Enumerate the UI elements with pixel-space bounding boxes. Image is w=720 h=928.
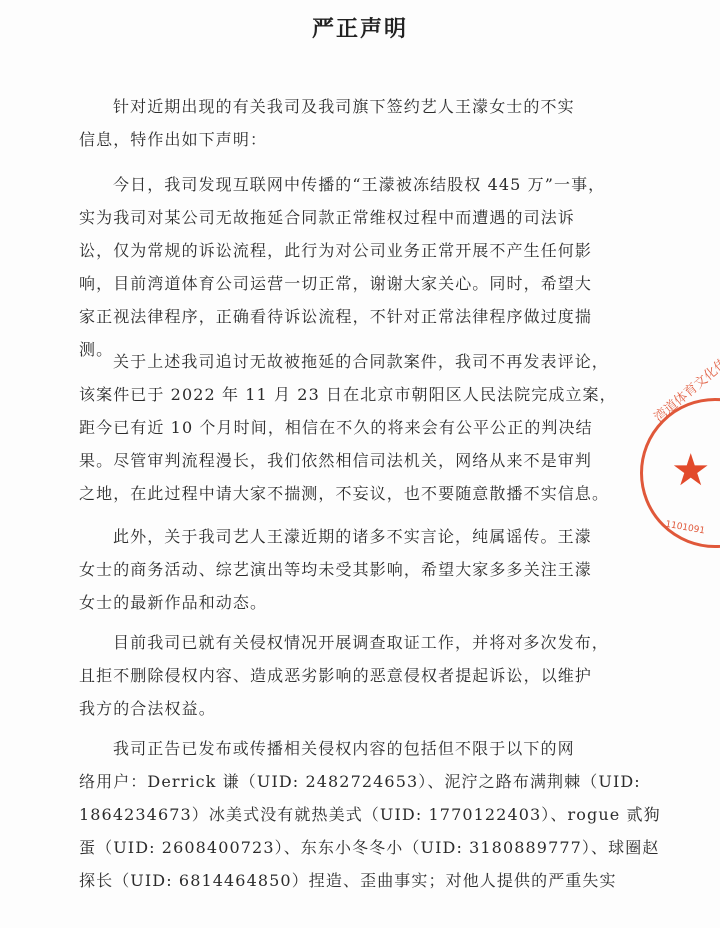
text-line: 我方的合法权益。	[79, 692, 611, 725]
stamp-text: 湾道体育文化传播(北	[649, 333, 720, 426]
paragraph-warning-users: 我司正告已发布或传播相关侵权内容的包括但不限于以下的网 络用户：Derrick …	[79, 732, 611, 897]
text-line: 信息，特作出如下声明：	[79, 123, 611, 156]
text-line: 我司正告已发布或传播相关侵权内容的包括但不限于以下的网	[79, 732, 611, 765]
text-line: 蛋（UID: 2608400723）、东东小冬冬小（UID: 318088977…	[79, 831, 611, 864]
text-line: 探长（UID: 6814464850）捏造、歪曲事实；对他人提供的严重失实	[79, 864, 611, 897]
star-icon: ★	[671, 449, 710, 493]
text-line: 此外，关于我司艺人王濛近期的诸多不实言论，纯属谣传。王濛	[79, 520, 611, 553]
stamp-number: 1101091	[664, 520, 705, 537]
text-line: 且拒不删除侵权内容、造成恶劣影响的恶意侵权者提起诉讼，以维护	[79, 659, 611, 692]
document-title: 严正声明	[0, 12, 720, 43]
text-line: 女士的商务活动、综艺演出等均未受其影响，希望大家多多关注王濛	[79, 553, 611, 586]
text-line: 距今已有近 10 个月时间，相信在不久的将来会有公平公正的判决结	[79, 411, 611, 444]
text-line: 响，目前湾道体育公司运营一切正常，谢谢大家关心。同时，希望大	[79, 267, 611, 300]
paragraph-rumors: 此外，关于我司艺人王濛近期的诸多不实言论，纯属谣传。王濛 女士的商务活动、综艺演…	[79, 520, 611, 619]
paragraph-intro: 针对近期出现的有关我司及我司旗下签约艺人王濛女士的不实 信息，特作出如下声明：	[79, 90, 611, 156]
paragraph-court-case: 关于上述我司追讨无故被拖延的合同款案件，我司不再发表评论， 该案件已于 2022…	[79, 345, 611, 510]
company-seal-stamp: 湾道体育文化传播(北 ★ 1101091	[640, 398, 720, 548]
paragraph-frozen-equity: 今日，我司发现互联网中传播的“王濛被冻结股权 445 万”一事， 实为我司对某公…	[79, 168, 611, 366]
paragraph-legal-action: 目前我司已就有关侵权情况开展调查取证工作，并将对多次发布， 且拒不删除侵权内容、…	[79, 626, 611, 725]
text-line: 针对近期出现的有关我司及我司旗下签约艺人王濛女士的不实	[79, 90, 611, 123]
text-line: 络用户：Derrick 谦（UID: 2482724653）、泥泞之路布满荆棘（…	[79, 765, 611, 798]
text-line: 今日，我司发现互联网中传播的“王濛被冻结股权 445 万”一事，	[79, 168, 611, 201]
text-line: 该案件已于 2022 年 11 月 23 日在北京市朝阳区人民法院完成立案，	[79, 378, 611, 411]
text-line: 目前我司已就有关侵权情况开展调查取证工作，并将对多次发布，	[79, 626, 611, 659]
text-line: 果。尽管审判流程漫长，我们依然相信司法机关，网络从来不是审判	[79, 444, 611, 477]
text-line: 之地，在此过程中请大家不揣测，不妄议，也不要随意散播不实信息。	[79, 477, 611, 510]
document-page: 严正声明 针对近期出现的有关我司及我司旗下签约艺人王濛女士的不实 信息，特作出如…	[0, 0, 720, 928]
text-line: 讼，仅为常规的诉讼流程，此行为对公司业务正常开展不产生任何影	[79, 234, 611, 267]
text-line: 实为我司对某公司无故拖延合同款正常维权过程中而遭遇的司法诉	[79, 201, 611, 234]
text-line: 女士的最新作品和动态。	[79, 586, 611, 619]
text-line: 1864234673）冰美式没有就热美式（UID: 1770122403）、ro…	[79, 798, 611, 831]
text-line: 家正视法律程序，正确看待诉讼流程，不针对正常法律程序做过度揣	[79, 300, 611, 333]
text-line: 关于上述我司追讨无故被拖延的合同款案件，我司不再发表评论，	[79, 345, 611, 378]
